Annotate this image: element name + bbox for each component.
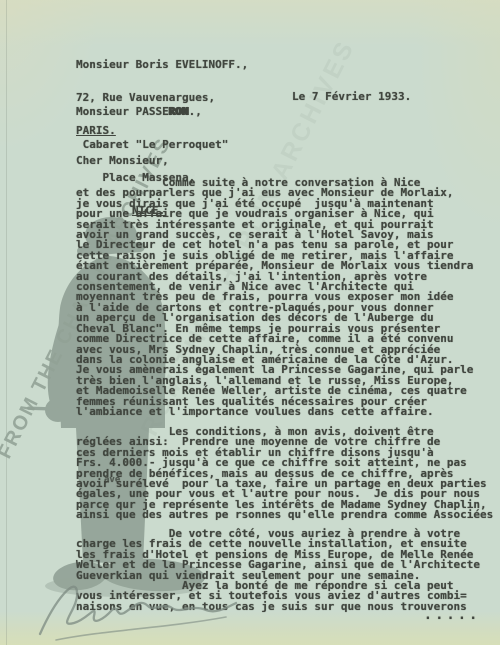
continuation-dots: ..... — [424, 610, 481, 621]
recipient-venue: Cabaret "Le Perroquet" — [76, 139, 228, 150]
handwritten-signature — [30, 570, 245, 645]
typed-correction: ave — [104, 476, 120, 485]
letter-scan-page: FROM THE CHAPLIN ARCHIVES FROM THE CHAPL… — [0, 0, 500, 645]
paragraph-1: Comme suite à notre conversation à Nice … — [76, 178, 473, 417]
recipient-name: Monsieur Boris EVELINOFF., — [76, 59, 248, 70]
paragraph-2: Les conditions, à mon avis, doivent être… — [76, 427, 493, 521]
letter-date: Le 7 Février 1933. — [292, 91, 411, 102]
overtyped-letters: RON — [169, 105, 189, 118]
recipient-name-line: Monsieur PASSERON., — [76, 106, 228, 117]
salutation: Cher Monsieur, — [76, 155, 169, 166]
